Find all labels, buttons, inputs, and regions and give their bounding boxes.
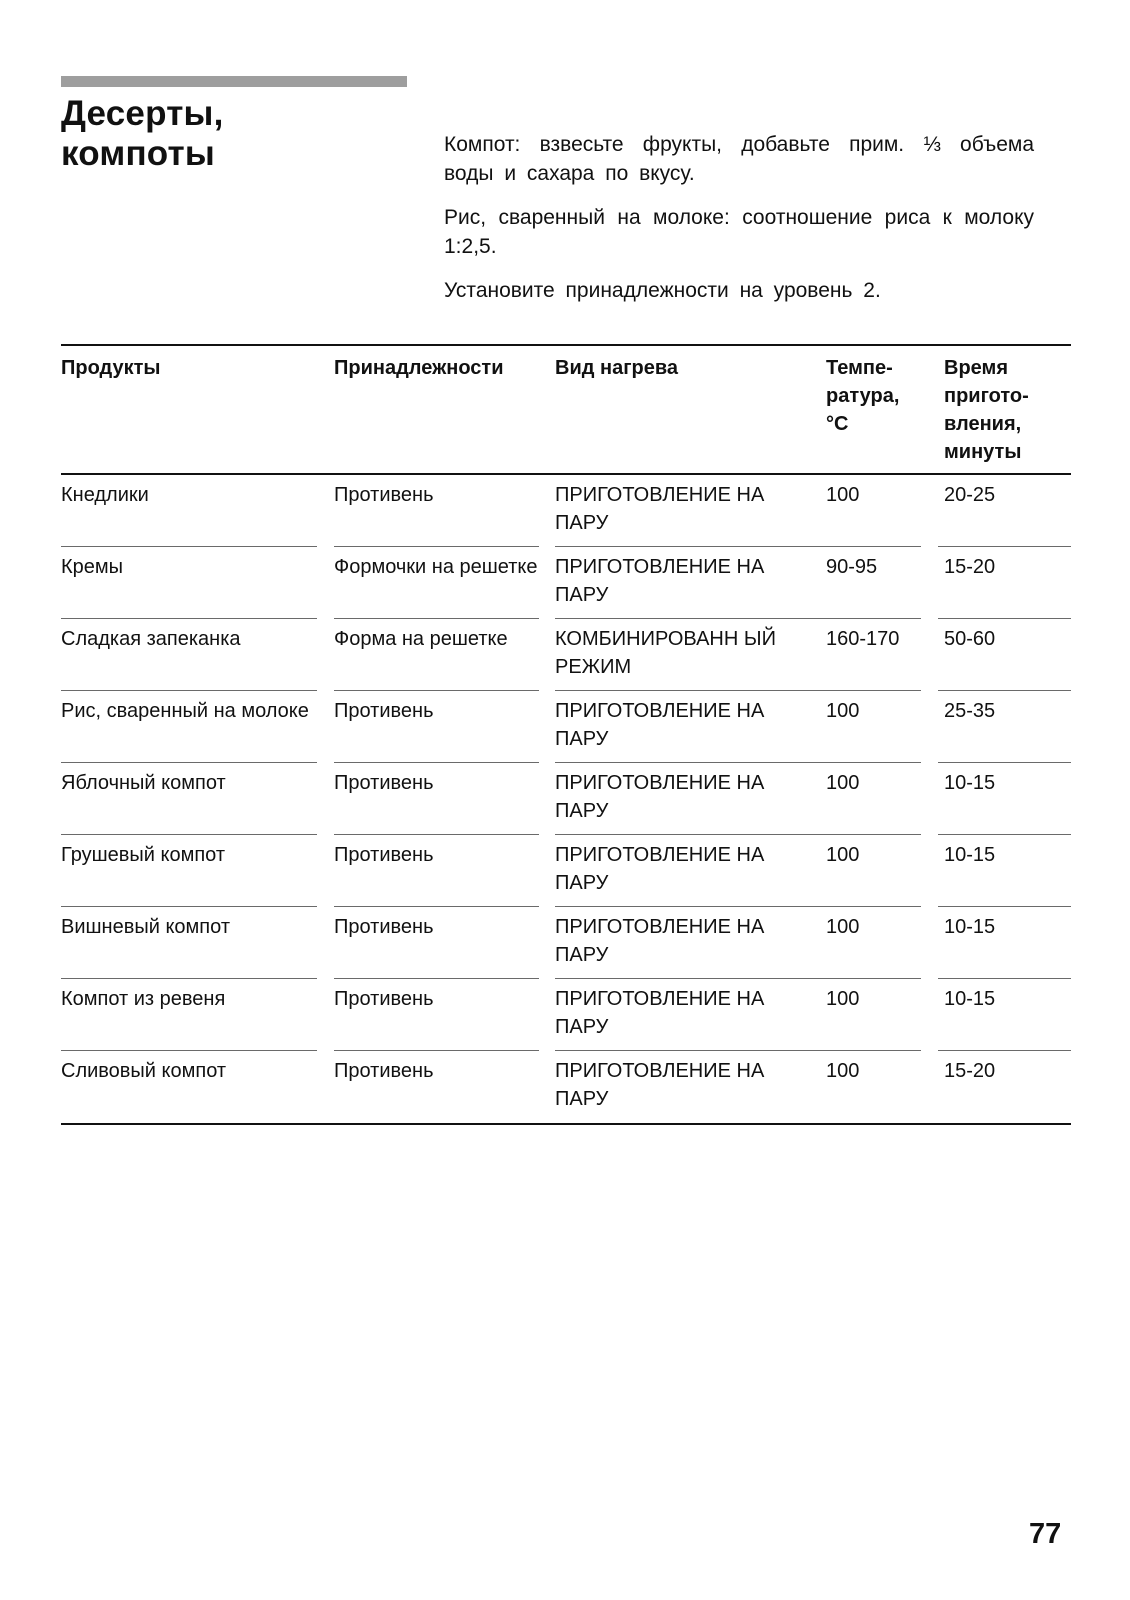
cell-accessory: Противень: [334, 763, 539, 835]
header-heating: Вид нагрева: [555, 346, 815, 473]
table-bottom-rule: [61, 1123, 1071, 1125]
section-title-line2: компоты: [61, 134, 215, 173]
cooking-table: Продукты Принадлежности Вид нагрева Темп…: [61, 344, 1071, 1125]
cell-temperature: 100: [815, 763, 921, 835]
cell-heating: ПРИГОТОВЛЕНИЕ НА ПАРУ: [555, 979, 815, 1051]
cell-accessory: Форма на решетке: [334, 619, 539, 691]
cell-accessory: Противень: [334, 907, 539, 979]
header-temperature: Темпе- ратура, °C: [815, 346, 921, 473]
table-row: КнедликиПротивеньПРИГОТОВЛЕНИЕ НА ПАРУ10…: [61, 475, 1071, 547]
page-number: 77: [1029, 1518, 1061, 1551]
cell-product: Рис, сваренный на молоке: [61, 691, 317, 763]
cell-accessory: Противень: [334, 835, 539, 907]
cell-time: 15-20: [938, 547, 1071, 619]
cell-accessory: Формочки на решетке: [334, 547, 539, 619]
cell-time: 50-60: [938, 619, 1071, 691]
table-row: Грушевый компотПротивеньПРИГОТОВЛЕНИЕ НА…: [61, 835, 1071, 907]
cell-time: 25-35: [938, 691, 1071, 763]
cell-heating: ПРИГОТОВЛЕНИЕ НА ПАРУ: [555, 691, 815, 763]
cell-temperature: 160-170: [815, 619, 921, 691]
section-title: Десерты, компоты: [61, 94, 224, 174]
cell-product: Компот из ревеня: [61, 979, 317, 1051]
table-row: Сладкая запеканкаФорма на решеткеКОМБИНИ…: [61, 619, 1071, 691]
cell-accessory: Противень: [334, 691, 539, 763]
table-row: Вишневый компотПротивеньПРИГОТОВЛЕНИЕ НА…: [61, 907, 1071, 979]
intro-paragraph-level: Установите принадлежности на уровень 2.: [444, 276, 1034, 305]
cell-time: 10-15: [938, 979, 1071, 1051]
cell-temperature: 100: [815, 691, 921, 763]
cell-product: Кремы: [61, 547, 317, 619]
cell-heating: ПРИГОТОВЛЕНИЕ НА ПАРУ: [555, 547, 815, 619]
cell-temperature: 100: [815, 979, 921, 1051]
cell-time: 20-25: [938, 475, 1071, 547]
cell-heating: ПРИГОТОВЛЕНИЕ НА ПАРУ: [555, 475, 815, 547]
cell-time: 15-20: [938, 1051, 1071, 1123]
cell-temperature: 100: [815, 907, 921, 979]
cell-temperature: 100: [815, 1051, 921, 1123]
table-row: КремыФормочки на решеткеПРИГОТОВЛЕНИЕ НА…: [61, 547, 1071, 619]
intro-text: Компот: взвесьте фрукты, добавьте прим. …: [444, 130, 1034, 320]
cell-time: 10-15: [938, 907, 1071, 979]
intro-paragraph-rice: Рис, сваренный на молоке: соотношение ри…: [444, 203, 1034, 261]
section-header-bar: [61, 76, 407, 87]
cell-temperature: 100: [815, 475, 921, 547]
cell-accessory: Противень: [334, 1051, 539, 1123]
cell-accessory: Противень: [334, 475, 539, 547]
cell-time: 10-15: [938, 835, 1071, 907]
cell-product: Яблочный компот: [61, 763, 317, 835]
header-accessory: Принадлежности: [334, 346, 539, 473]
cell-heating: ПРИГОТОВЛЕНИЕ НА ПАРУ: [555, 835, 815, 907]
cell-temperature: 90-95: [815, 547, 921, 619]
table-row: Сливовый компотПротивеньПРИГОТОВЛЕНИЕ НА…: [61, 1051, 1071, 1123]
cell-product: Грушевый компот: [61, 835, 317, 907]
table-body: КнедликиПротивеньПРИГОТОВЛЕНИЕ НА ПАРУ10…: [61, 475, 1071, 1123]
cell-product: Вишневый компот: [61, 907, 317, 979]
cell-heating: ПРИГОТОВЛЕНИЕ НА ПАРУ: [555, 907, 815, 979]
cell-product: Сливовый компот: [61, 1051, 317, 1123]
cell-heating: ПРИГОТОВЛЕНИЕ НА ПАРУ: [555, 1051, 815, 1123]
table-row: Компот из ревеняПротивеньПРИГОТОВЛЕНИЕ Н…: [61, 979, 1071, 1051]
cell-heating: ПРИГОТОВЛЕНИЕ НА ПАРУ: [555, 763, 815, 835]
header-product: Продукты: [61, 346, 317, 473]
section-title-line1: Десерты,: [61, 94, 224, 133]
cell-product: Сладкая запеканка: [61, 619, 317, 691]
header-time: Время пригото- вления, минуты: [938, 346, 1071, 473]
cell-accessory: Противень: [334, 979, 539, 1051]
cell-time: 10-15: [938, 763, 1071, 835]
table-row: Яблочный компотПротивеньПРИГОТОВЛЕНИЕ НА…: [61, 763, 1071, 835]
table-row: Рис, сваренный на молокеПротивеньПРИГОТО…: [61, 691, 1071, 763]
cell-temperature: 100: [815, 835, 921, 907]
cell-product: Кнедлики: [61, 475, 317, 547]
intro-paragraph-compote: Компот: взвесьте фрукты, добавьте прим. …: [444, 130, 1034, 188]
table-header-row: Продукты Принадлежности Вид нагрева Темп…: [61, 346, 1071, 473]
cell-heating: КОМБИНИРОВАНН ЫЙ РЕЖИМ: [555, 619, 815, 691]
